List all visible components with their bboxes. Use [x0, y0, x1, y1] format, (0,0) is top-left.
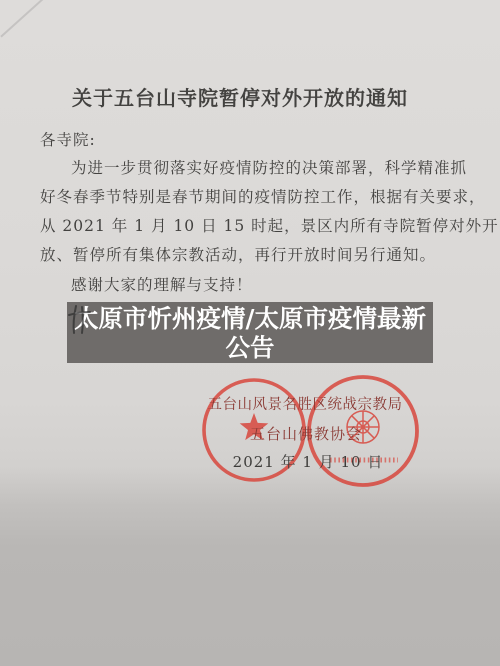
paper-crease [0, 0, 47, 37]
document-photo: 关于五台山寺院暂停对外开放的通知 各寺院: 为进一步贯彻落实好疫情防控的决策部署… [0, 0, 500, 666]
body-line: 放、暂停所有集体宗教活动，再行开放时间另行通知。 [40, 243, 436, 265]
caption-text: 太原市忻州疫情/太原市疫情最新公告 [67, 304, 433, 362]
body-line: 为进一步贯彻落实好疫情防控的决策部署，科学精准抓 [71, 156, 467, 178]
handwriting-mark [66, 303, 106, 337]
notice-title: 关于五台山寺院暂停对外开放的通知 [10, 82, 470, 111]
caption-overlay-band: 太原市忻州疫情/太原市疫情最新公告 [67, 302, 433, 363]
body-line: 从 2021 年 1 月 10 日 15 时起，景区内所有寺院暂停对外开 [40, 214, 499, 236]
body-line: 好冬春季节特别是春节期间的疫情防控工作，根据有关要求， [40, 185, 486, 207]
salutation: 各寺院: [40, 128, 96, 150]
signature-org-line1: 五台山风景名胜区统战宗教局 [110, 393, 500, 414]
signature-org-line2: 五台山佛教协会 [112, 423, 500, 444]
signature-date: 2021 年 1 月 10 日 [116, 451, 500, 472]
body-line-thanks: 感谢大家的理解与支持！ [71, 273, 253, 295]
